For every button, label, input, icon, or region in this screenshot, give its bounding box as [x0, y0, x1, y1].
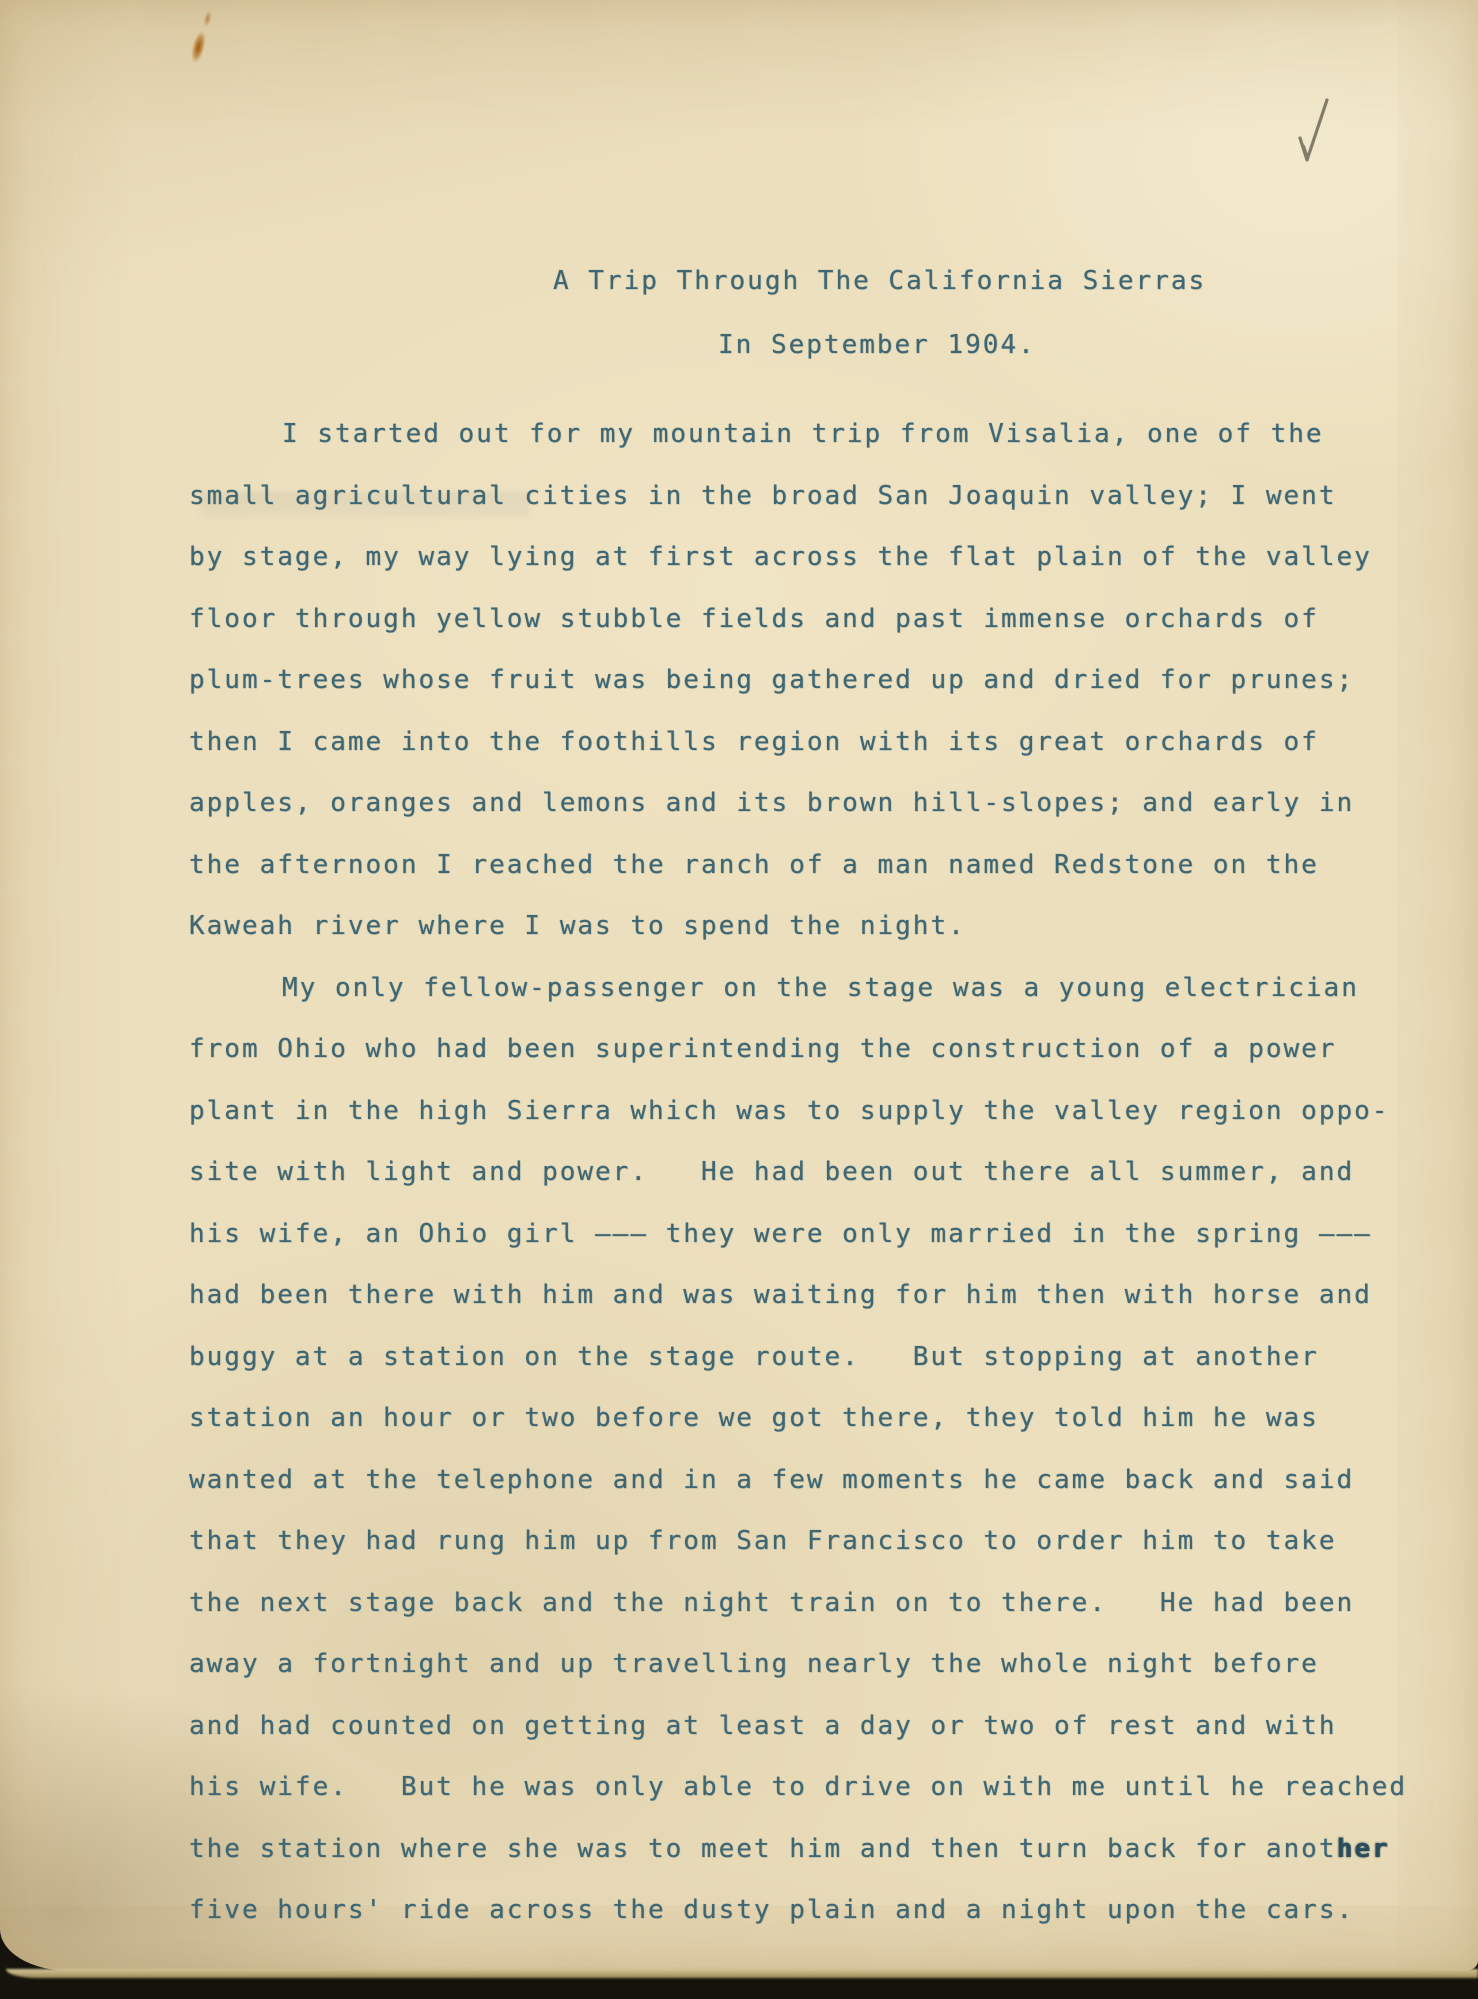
- scanned-page-photo: A Trip Through The California Sierras In…: [0, 0, 1478, 1999]
- pencil-checkmark-icon: [1294, 94, 1334, 168]
- text-line: site with light and power. He had been o…: [189, 1142, 1459, 1204]
- text-line-overstruck: the station where she was to meet him an…: [189, 1819, 1459, 1881]
- document-title: A Trip Through The California Sierras: [553, 266, 1206, 296]
- text-line: floor through yellow stubble fields and …: [189, 589, 1459, 651]
- text-line: I started out for my mountain trip from …: [189, 404, 1459, 466]
- text-line: that they had rung him up from San Franc…: [189, 1511, 1459, 1573]
- text-line: the next stage back and the night train …: [189, 1573, 1459, 1635]
- document-page: A Trip Through The California Sierras In…: [0, 0, 1478, 1971]
- text-line: Kaweah river where I was to spend the ni…: [189, 896, 1459, 958]
- text-line: plum-trees whose fruit was being gathere…: [189, 650, 1459, 712]
- text-line: apples, oranges and lemons and its brown…: [189, 773, 1459, 835]
- text-line: from Ohio who had been superintending th…: [189, 1019, 1459, 1081]
- text-line: My only fellow-passenger on the stage wa…: [189, 958, 1459, 1020]
- text-line: station an hour or two before we got the…: [189, 1388, 1459, 1450]
- text-line: small agricultural cities in the broad S…: [189, 466, 1459, 528]
- text-line: and had counted on getting at least a da…: [189, 1696, 1459, 1758]
- text-segment: the station where she was to meet him an…: [189, 1834, 1336, 1864]
- text-line: had been there with him and was waiting …: [189, 1265, 1459, 1327]
- text-line: his wife. But he was only able to drive …: [189, 1757, 1459, 1819]
- text-line: buggy at a station on the stage route. B…: [189, 1327, 1459, 1389]
- text-line: his wife, an Ohio girl ——— they were onl…: [189, 1204, 1459, 1266]
- document-subtitle: In September 1904.: [718, 330, 1036, 360]
- text-line: plant in the high Sierra which was to su…: [189, 1081, 1459, 1143]
- text-line: five hours' ride across the dusty plain …: [189, 1880, 1459, 1942]
- text-line: then I came into the foothills region wi…: [189, 712, 1459, 774]
- text-line: the afternoon I reached the ranch of a m…: [189, 835, 1459, 897]
- paper-stain: [183, 9, 217, 74]
- text-line: by stage, my way lying at first across t…: [189, 527, 1459, 589]
- document-body: I started out for my mountain trip from …: [189, 404, 1459, 1942]
- text-line: wanted at the telephone and in a few mom…: [189, 1450, 1459, 1512]
- overstruck-text: her: [1336, 1834, 1389, 1864]
- text-line: away a fortnight and up travelling nearl…: [189, 1634, 1459, 1696]
